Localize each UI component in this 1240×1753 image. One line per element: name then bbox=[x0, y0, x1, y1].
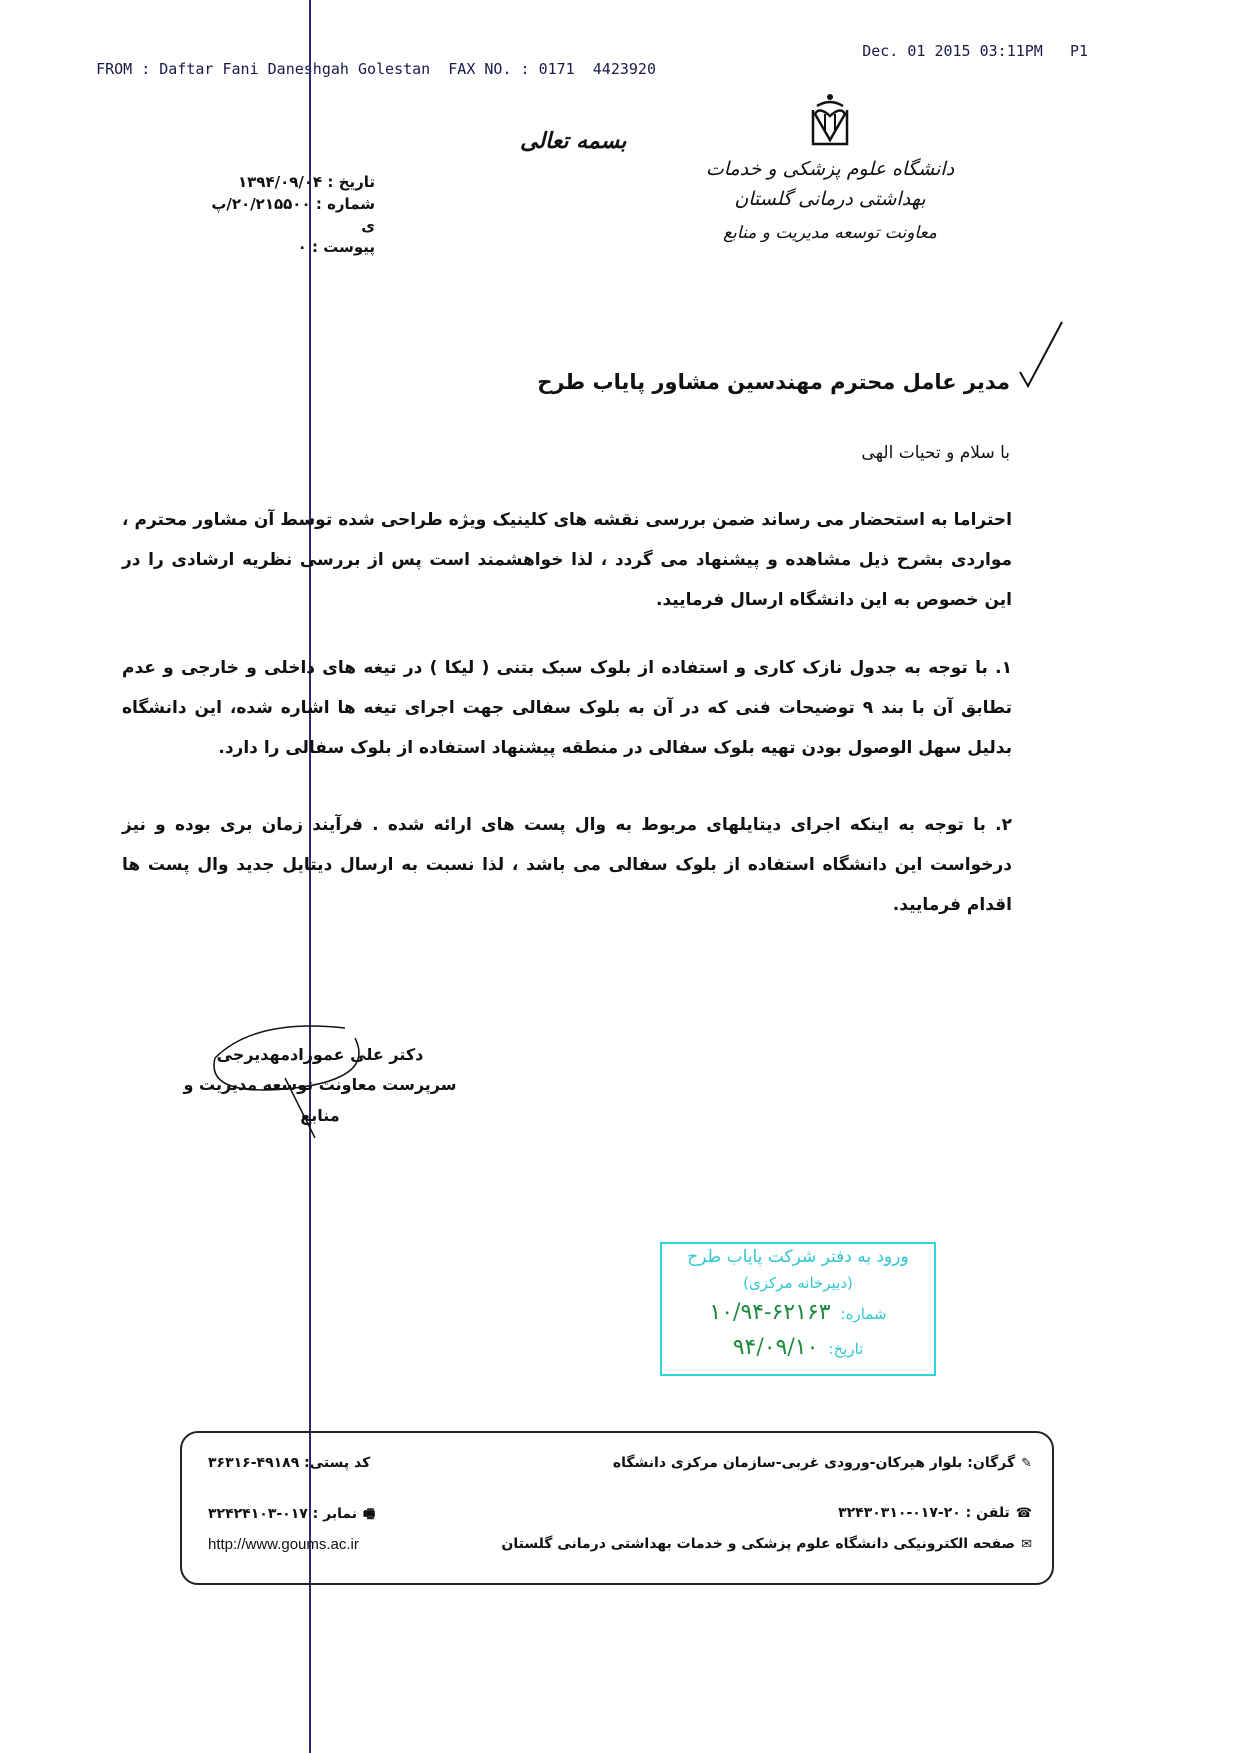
letterhead: دانشگاه علوم پزشکی و خدمات بهداشتی درمان… bbox=[670, 92, 990, 243]
letter-attachment: پیوست : ۰ bbox=[200, 237, 375, 259]
letter-date: تاریخ : ۱۳۹۴/۰۹/۰۴ bbox=[200, 172, 375, 194]
stamp-number-value: ۱۰/۹۴-۶۲۱۶۳ bbox=[709, 1295, 830, 1330]
fax-datetime-group: Dec. 01 2015 03:11PM P1 bbox=[862, 42, 1088, 60]
letter-number: شماره : ۲۰/۲۱۵۵۰۰/پ ی bbox=[200, 194, 375, 238]
web-label-text: صفحه الکترونیکی دانشگاه علوم پزشکی و خدم… bbox=[501, 1536, 1015, 1552]
stamp-number-row: شماره: ۱۰/۹۴-۶۲۱۶۳ bbox=[662, 1295, 934, 1330]
recipient: مدیر عامل محترم مهندسین مشاور پایاب طرح bbox=[537, 370, 1010, 394]
fax-page: P1 bbox=[1070, 42, 1088, 60]
greeting: با سلام و تحیات الهی bbox=[861, 443, 1010, 463]
fax-icon: 🖷 bbox=[363, 1505, 375, 1527]
paragraph-item-1: ۱. با توجه به جدول نازک کاری و استفاده ا… bbox=[122, 648, 1012, 768]
phone-icon: ☎ bbox=[1016, 1506, 1032, 1521]
department-name: معاونت توسعه مدیریت و منابع bbox=[670, 223, 990, 243]
stamp-date-row: تاریخ: ۹۴/۰۹/۱۰ bbox=[662, 1330, 934, 1365]
signature-block: دکتر علی عموزادمهدیرجی سرپرست معاونت توس… bbox=[180, 1040, 460, 1131]
footer-fax: 🖷نمابر : ۰۱۷-۳۲۴۲۴۱۰۳ bbox=[208, 1505, 375, 1527]
university-name: دانشگاه علوم پزشکی و خدمات بهداشتی درمان… bbox=[670, 154, 990, 215]
fax-header: FROM : Daftar Fani Daneshgah Golestan FA… bbox=[78, 42, 1088, 96]
stamp-date-value: ۹۴/۰۹/۱۰ bbox=[733, 1330, 819, 1365]
university-emblem-icon bbox=[807, 92, 853, 148]
address-text: گرگان: بلوار هیرکان-ورودی غربی-سازمان مر… bbox=[613, 1455, 1015, 1471]
fax-number: FAX NO. : 0171 4423920 bbox=[448, 60, 656, 78]
footer-web-url[interactable]: http://www.goums.ac.ir bbox=[208, 1536, 359, 1553]
pen-icon: ✎ bbox=[1021, 1456, 1032, 1471]
postal-value: ۴۹۱۸۹-۳۶۳۱۶ bbox=[208, 1455, 299, 1471]
footer-address: ✎گرگان: بلوار هیرکان-ورودی غربی-سازمان م… bbox=[613, 1455, 1032, 1471]
footer-postal: کد پستی: ۴۹۱۸۹-۳۶۳۱۶ bbox=[208, 1455, 370, 1471]
stamp-line1: ورود به دفتر شرکت پایاب طرح bbox=[662, 1244, 934, 1271]
letter-meta: تاریخ : ۱۳۹۴/۰۹/۰۴ شماره : ۲۰/۲۱۵۵۰۰/پ ی… bbox=[200, 172, 375, 259]
fax-from: FROM : Daftar Fani Daneshgah Golestan bbox=[96, 60, 430, 78]
basmala: بسمه تعالی bbox=[520, 128, 626, 154]
stamp-line2: (دبیرخانه مرکزی) bbox=[662, 1271, 934, 1295]
fax-text: نمابر : ۰۱۷-۳۲۴۲۴۱۰۳ bbox=[208, 1506, 357, 1522]
postal-label: کد پستی: bbox=[304, 1455, 370, 1471]
footer-contact-box: ✎گرگان: بلوار هیرکان-ورودی غربی-سازمان م… bbox=[180, 1431, 1054, 1585]
signer-name: دکتر علی عموزادمهدیرجی bbox=[180, 1040, 460, 1070]
signer-title: سرپرست معاونت توسعه مدیریت و منابع bbox=[180, 1070, 460, 1131]
paragraph-intro: احتراما به استحضار می رساند ضمن بررسی نق… bbox=[122, 500, 1012, 620]
paragraph-item-2: ۲. با توجه به اینکه اجرای دیتایلهای مربو… bbox=[122, 805, 1012, 925]
fax-datetime: Dec. 01 2015 03:11PM bbox=[862, 42, 1043, 60]
checkmark-icon bbox=[1018, 320, 1064, 396]
footer-web-label: ✉صفحه الکترونیکی دانشگاه علوم پزشکی و خد… bbox=[501, 1536, 1032, 1552]
received-stamp: ورود به دفتر شرکت پایاب طرح (دبیرخانه مر… bbox=[660, 1242, 936, 1376]
stamp-number-label: شماره: bbox=[841, 1302, 887, 1326]
phone-text: تلفن : ۲۰-۰۱۷-۳۲۴۳۰۳۱۰ bbox=[838, 1505, 1010, 1521]
email-icon: ✉ bbox=[1021, 1537, 1032, 1552]
stamp-date-label: تاریخ: bbox=[828, 1337, 863, 1361]
footer-phone: ☎تلفن : ۲۰-۰۱۷-۳۲۴۳۰۳۱۰ bbox=[838, 1505, 1032, 1521]
